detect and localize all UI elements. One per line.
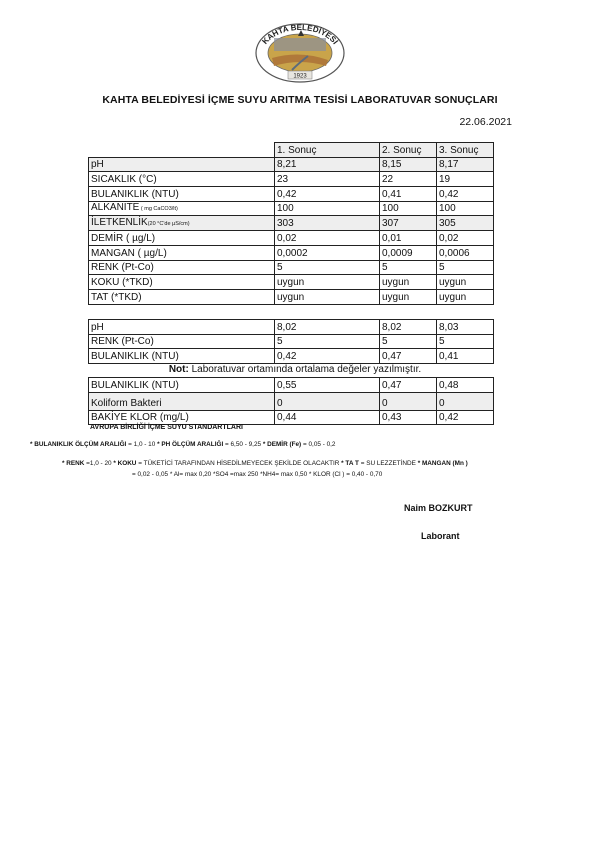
signatory-role: Laborant <box>421 531 460 541</box>
parameter-label: RENK (Pt-Co) <box>89 334 275 349</box>
table-row: KOKU (*TKD)uygunuygunuygun <box>89 275 494 290</box>
parameter-label: BAKİYE KLOR (mg/L) <box>89 410 275 425</box>
result-value: 0,48 <box>437 378 494 393</box>
result-value: 19 <box>437 172 494 187</box>
parameter-label: RENK (Pt-Co) <box>89 260 275 275</box>
result-value: 0,02 <box>437 231 494 246</box>
result-value: 0,01 <box>380 231 437 246</box>
result-value: uygun <box>380 289 437 304</box>
report-date: 22.06.2021 <box>459 116 512 128</box>
result-value: 0,42 <box>437 410 494 425</box>
table-row: pH8,028,028,03 <box>89 320 494 335</box>
parameter-label: KOKU (*TKD) <box>89 275 275 290</box>
lab-note: Not: Laboratuvar ortamında ortalama değe… <box>88 364 502 375</box>
table-row: RENK (Pt-Co)555 <box>89 260 494 275</box>
table-row: RENK (Pt-Co)555 <box>89 334 494 349</box>
result-value: 5 <box>437 334 494 349</box>
signatory-name: Naim BOZKURT <box>404 503 473 513</box>
result-value: 0,44 <box>275 410 380 425</box>
result-value: 0,02 <box>275 231 380 246</box>
result-value: 0 <box>275 392 380 410</box>
column-header: 3. Sonuç <box>437 143 494 158</box>
table-row: Koliform Bakteri000 <box>89 392 494 410</box>
table-row: BAKİYE KLOR (mg/L)0,440,430,42 <box>89 410 494 425</box>
table-row: MANGAN ( µg/L)0,00020,00090,0006 <box>89 245 494 260</box>
standards-line-3: = 0,02 - 0,05 * Al= max 0,20 *SO4 =max 2… <box>132 471 382 478</box>
column-header: 2. Sonuç <box>380 143 437 158</box>
standards-line-1: * BULANIKLIK ÖLÇÜM ARALIĞI = 1,0 - 10 * … <box>30 441 336 448</box>
result-value: 8,03 <box>437 320 494 335</box>
parameter-label: Koliform Bakteri <box>89 392 275 410</box>
result-value: uygun <box>437 289 494 304</box>
result-value: 0,41 <box>437 349 494 364</box>
parameter-label: TAT (*TKD) <box>89 289 275 304</box>
parameter-label: İLETKENLİK(20 °C'de µS/cm) <box>89 216 275 231</box>
result-value: 0 <box>437 392 494 410</box>
result-value: 5 <box>437 260 494 275</box>
svg-text:1923: 1923 <box>293 74 307 80</box>
result-value: 8,21 <box>275 157 380 172</box>
table-row: İLETKENLİK(20 °C'de µS/cm)303307305 <box>89 216 494 231</box>
result-value: 0,0006 <box>437 245 494 260</box>
parameter-label: pH <box>89 320 275 335</box>
result-value: uygun <box>380 275 437 290</box>
result-value: 305 <box>437 216 494 231</box>
standards-line-2: * RENK =1,0 - 20 * KOKU = TÜKETİCİ TARAF… <box>62 460 468 467</box>
column-header: 1. Sonuç <box>275 143 380 158</box>
result-value: 0,42 <box>275 187 380 202</box>
table-row: BULANIKLIK (NTU)0,420,470,41 <box>89 349 494 364</box>
result-value: 0,0002 <box>275 245 380 260</box>
result-value: 23 <box>275 172 380 187</box>
result-value: 5 <box>380 260 437 275</box>
result-value: 0 <box>380 392 437 410</box>
result-value: 5 <box>275 260 380 275</box>
page-title: KAHTA BELEDİYESİ İÇME SUYU ARITMA TESİSİ… <box>0 94 600 106</box>
result-value: 8,17 <box>437 157 494 172</box>
result-value: 22 <box>380 172 437 187</box>
result-value: 0,0009 <box>380 245 437 260</box>
table-row: BULANIKLIK (NTU)0,420,410,42 <box>89 187 494 202</box>
result-value: 0,42 <box>437 187 494 202</box>
result-value: 0,41 <box>380 187 437 202</box>
table-row: TAT (*TKD)uygunuygunuygun <box>89 289 494 304</box>
result-value: 0,42 <box>275 349 380 364</box>
parameter-label: SICAKLIK (°C) <box>89 172 275 187</box>
result-value: uygun <box>437 275 494 290</box>
parameter-label: BULANIKLIK (NTU) <box>89 349 275 364</box>
table-row: pH8,218,158,17 <box>89 157 494 172</box>
result-value: 8,15 <box>380 157 437 172</box>
table-row: ALKANİTE ( mg CaCO3/lt)100100100 <box>89 201 494 216</box>
table-row: DEMİR ( µg/L)0,020,010,02 <box>89 231 494 246</box>
standards-title: AVRUPA BİRLİĞİ İÇME SUYU STANDARTLARI <box>90 424 243 431</box>
result-value: 303 <box>275 216 380 231</box>
parameter-label: ALKANİTE ( mg CaCO3/lt) <box>89 201 275 216</box>
parameter-label: BULANIKLIK (NTU) <box>89 187 275 202</box>
result-value: 5 <box>275 334 380 349</box>
parameter-label: pH <box>89 157 275 172</box>
result-value: 5 <box>380 334 437 349</box>
table-row: SICAKLIK (°C)232219 <box>89 172 494 187</box>
network-results-table: BULANIKLIK (NTU)0,550,470,48Koliform Bak… <box>88 377 494 425</box>
result-value: 0,55 <box>275 378 380 393</box>
result-value: 0,47 <box>380 378 437 393</box>
result-value: 8,02 <box>380 320 437 335</box>
parameter-label: BULANIKLIK (NTU) <box>89 378 275 393</box>
table-row: BULANIKLIK (NTU)0,550,470,48 <box>89 378 494 393</box>
parameter-label: DEMİR ( µg/L) <box>89 231 275 246</box>
municipality-logo: 1923 KAHTA BELEDİYESİ <box>252 22 348 84</box>
result-value: uygun <box>275 275 380 290</box>
lab-average-table: pH8,028,028,03RENK (Pt-Co)555BULANIKLIK … <box>88 319 494 364</box>
parameter-label: MANGAN ( µg/L) <box>89 245 275 260</box>
result-value: 0,47 <box>380 349 437 364</box>
result-value: 100 <box>380 201 437 216</box>
result-value: 100 <box>437 201 494 216</box>
main-results-table: 1. Sonuç 2. Sonuç 3. Sonuç pH8,218,158,1… <box>88 142 494 305</box>
result-value: 0,43 <box>380 410 437 425</box>
table-header-row: 1. Sonuç 2. Sonuç 3. Sonuç <box>89 143 494 158</box>
result-value: uygun <box>275 289 380 304</box>
result-value: 8,02 <box>275 320 380 335</box>
result-value: 100 <box>275 201 380 216</box>
result-value: 307 <box>380 216 437 231</box>
